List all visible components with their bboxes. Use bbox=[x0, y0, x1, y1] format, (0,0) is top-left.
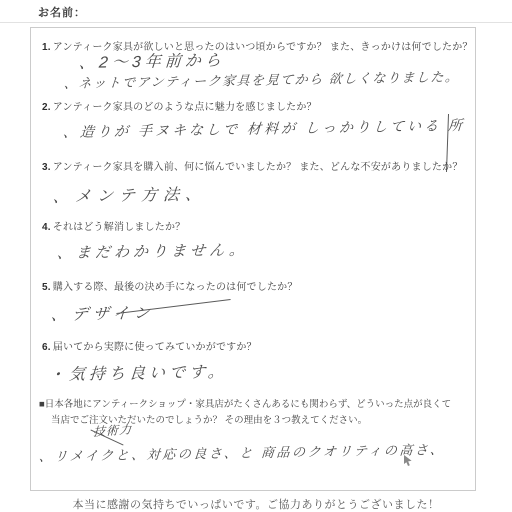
question-2-number: 2. bbox=[42, 102, 51, 113]
question-6: 6.届いてから実際に使ってみていかがですか？ bbox=[42, 338, 257, 353]
question-4: 4.それはどう解消しましたか？ bbox=[42, 218, 185, 233]
answer-6: ・気持ち良いです。 bbox=[48, 359, 229, 385]
question-3-text: アンティーク家具を購入前、何に悩んでいましたか？ また、どんな不安がありましたか… bbox=[53, 162, 463, 173]
question-4-text: それはどう解消しましたか？ bbox=[53, 222, 186, 233]
survey-box: 1.アンティーク家具が欲しいと思ったのはいつ頃からですか？ また、きっかけは何で… bbox=[30, 27, 476, 491]
header-divider bbox=[0, 22, 512, 23]
answer-1-line-1: 、2～3年前から bbox=[78, 47, 226, 73]
thank-you-note: 本当に感謝の気持ちでいっぱいです。ご協力ありがとうございました！ bbox=[0, 496, 512, 512]
question-5-number: 5. bbox=[42, 282, 51, 293]
question-2: 2.アンティーク家具のどのような点に魅力を感じましたか？ bbox=[42, 98, 317, 113]
question-3: 3.アンティーク家具を購入前、何に悩んでいましたか？ また、どんな不安がありまし… bbox=[42, 158, 463, 173]
question-6-text: 届いてから実際に使ってみていかがですか？ bbox=[53, 342, 257, 353]
question-2-text: アンティーク家具のどのような点に魅力を感じましたか？ bbox=[53, 102, 317, 113]
answer-3: 、メンテ方法、 bbox=[52, 181, 208, 207]
question-1-number: 1. bbox=[42, 42, 51, 53]
name-label: お名前： bbox=[38, 4, 86, 20]
answer-2: 、造りが 手ヌキなしで 材料が しっかりしている 所 bbox=[62, 115, 466, 142]
answer-4: 、まだわかりません。 bbox=[56, 239, 249, 263]
answer-5: 、デザイン bbox=[50, 300, 156, 325]
question-6-number: 6. bbox=[42, 342, 51, 353]
question-3-number: 3. bbox=[42, 162, 51, 173]
question-5-text: 購入する際、最後の決め手になったのは何でしたか？ bbox=[53, 282, 298, 293]
final-answer: 、リメイクと、対応の良さ、と 商品のクオリティの高さ、 bbox=[38, 439, 446, 465]
question-4-number: 4. bbox=[42, 222, 51, 233]
final-question-line-1: ■日本各地にアンティークショップ・家具店がたくさんあるにも関わらず、どういった点… bbox=[39, 396, 451, 410]
survey-page: お名前： 1.アンティーク家具が欲しいと思ったのはいつ頃からですか？ また、きっ… bbox=[0, 0, 512, 512]
question-5: 5.購入する際、最後の決め手になったのは何でしたか？ bbox=[42, 278, 298, 293]
final-answer-insertion: 技術力 bbox=[93, 420, 133, 440]
mouse-cursor-icon bbox=[403, 455, 413, 467]
